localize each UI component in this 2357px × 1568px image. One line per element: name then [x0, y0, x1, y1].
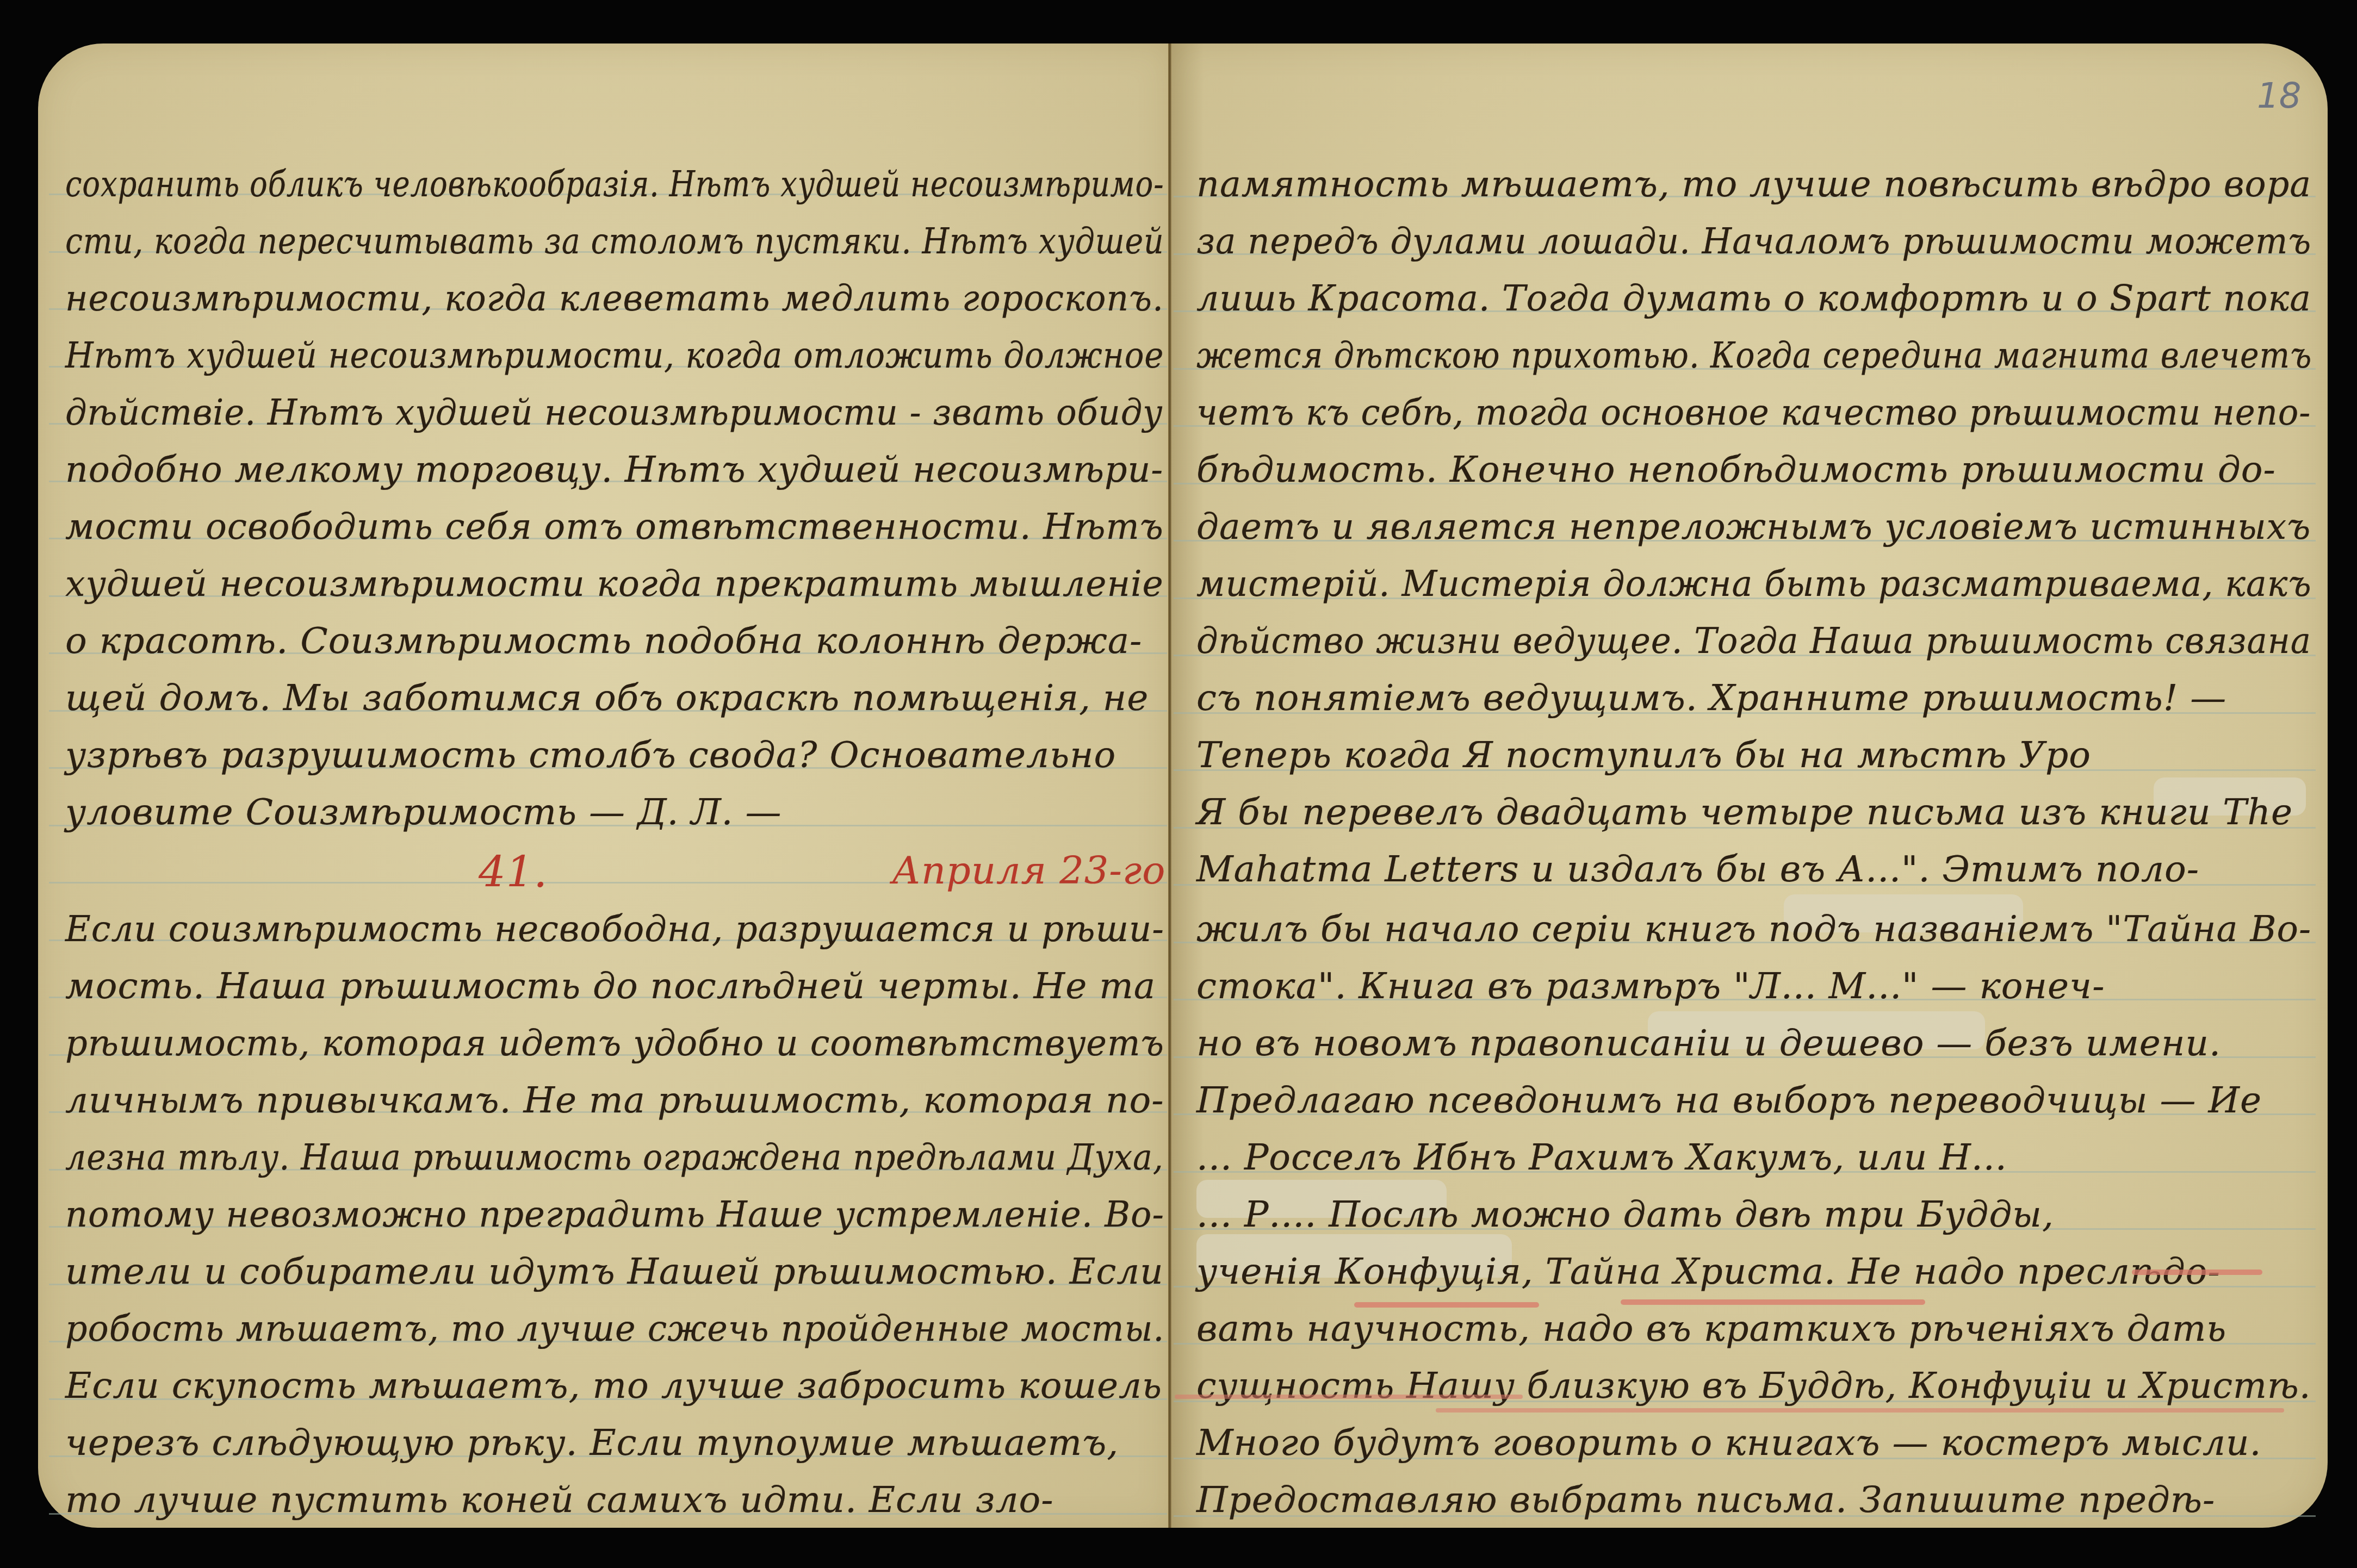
- red-underline: [1175, 1395, 1523, 1399]
- text-line: Mahatma Letters и издалъ бы въ А...". Эт…: [1196, 848, 2199, 890]
- text-line: потому невозможно преградить Наше устрем…: [65, 1193, 1164, 1235]
- entry-number-heading: 41.: [479, 848, 548, 897]
- text-line: вать научность, надо въ краткихъ рѣченія…: [1196, 1308, 2226, 1349]
- text-line: мистерій. Мистерія должна быть разсматри…: [1196, 563, 2312, 605]
- text-line: сохранить обликъ человѣкообразія. Нѣтъ х…: [65, 163, 1164, 205]
- text-line: Предоставляю выбрать письма. Запишите пр…: [1196, 1479, 2215, 1521]
- text-line: ученія Конфуція, Тайна Христа. Не надо п…: [1196, 1250, 2220, 1292]
- text-line: подобно мелкому торговцу. Нѣтъ худшей не…: [65, 449, 1163, 490]
- text-line: жется дѣтскою прихотью. Когда середина м…: [1196, 334, 2312, 376]
- text-line: сущность Нашу близкую въ Буддѣ, Конфуціи…: [1196, 1365, 2311, 1407]
- red-underline: [2132, 1270, 2262, 1275]
- text-line: личнымъ привычкамъ. Не та рѣшимость, кот…: [65, 1079, 1164, 1121]
- text-line: Я бы перевелъ двадцать четыре письма изъ…: [1196, 791, 2293, 833]
- text-line: даетъ и является непреложнымъ условіемъ …: [1196, 506, 2311, 547]
- text-line: узрѣвъ разрушимость столбъ свода? Основа…: [65, 734, 1116, 776]
- text-line: о красотѣ. Соизмѣримость подобна колоннѣ…: [65, 620, 1142, 662]
- text-line: жилъ бы начало серіи книгъ подъ названіе…: [1196, 908, 2311, 950]
- red-underline: [1621, 1299, 1925, 1305]
- text-line: лишь Красота. Тогда думать о комфортѣ и …: [1196, 277, 2311, 319]
- text-line: черезъ слѣдующую рѣку. Если тупоумие мѣш…: [65, 1422, 1119, 1464]
- text-line: сти, когда пересчитывать за столомъ пуст…: [65, 220, 1164, 262]
- entry-date-heading: Априля 23-го: [892, 848, 1165, 893]
- text-line: четъ къ себѣ, тогда основное качество рѣ…: [1196, 391, 2311, 433]
- text-line: Предлагаю псевдонимъ на выборъ переводчи…: [1196, 1079, 2262, 1121]
- text-line: Если скупость мѣшаетъ, то лучше забросит…: [65, 1365, 1162, 1407]
- text-line: уловите Соизмѣримость — Д. Л. —: [65, 791, 782, 833]
- text-line: Много будутъ говорить о книгахъ — костер…: [1196, 1422, 2262, 1464]
- text-line: ... Р.... Послѣ можно дать двѣ три Будды…: [1196, 1193, 2054, 1235]
- text-line: ... Росселъ Ибнъ Рахимъ Хакумъ, или Н...: [1196, 1136, 2007, 1178]
- text-line: худшей несоизмѣримости когда прекратить …: [65, 563, 1164, 605]
- text-line: но въ новомъ правописаніи и дешево — без…: [1196, 1022, 2221, 1064]
- text-line: дѣйство жизни ведущее. Тогда Наша рѣшимо…: [1196, 620, 2311, 662]
- text-line: рѣшимость, которая идетъ удобно и соотвѣ…: [65, 1022, 1164, 1064]
- page-number: 18: [2257, 76, 2301, 116]
- red-underline: [1436, 1408, 2284, 1413]
- left-page: [38, 43, 1170, 1528]
- text-line: памятность мѣшаетъ, то лучше повѣсить вѣ…: [1196, 163, 2311, 205]
- text-line: ители и собиратели идутъ Нашей рѣшимость…: [65, 1250, 1164, 1292]
- spine-shadow: [1171, 43, 1204, 1528]
- text-line: Если соизмѣримость несвободна, разрушает…: [65, 908, 1164, 950]
- text-line: Нѣтъ худшей несоизмѣримости, когда отлож…: [65, 334, 1164, 376]
- text-line: Теперь когда Я поступилъ бы на мѣстѣ Уро: [1196, 734, 2091, 776]
- text-line: лезна тѣлу. Наша рѣшимость ограждена пре…: [65, 1136, 1164, 1178]
- text-line: бѣдимость. Конечно непобѣдимость рѣшимос…: [1196, 449, 2276, 490]
- text-line: мость. Наша рѣшимость до послѣдней черты…: [65, 965, 1156, 1007]
- text-line: за передъ дулами лошади. Началомъ рѣшимо…: [1196, 220, 2311, 262]
- text-line: несоизмѣримости, когда клеветать медлить…: [65, 277, 1164, 319]
- text-line: то лучше пустить коней самихъ идти. Если…: [65, 1479, 1054, 1521]
- text-line: съ понятіемъ ведущимъ. Хранните рѣшимост…: [1196, 677, 2226, 719]
- text-line: стока". Книга въ размѣръ "Л... М..." — к…: [1196, 965, 2105, 1007]
- red-underline: [1354, 1302, 1539, 1308]
- text-line: щей домъ. Мы заботимся объ окраскѣ помѣщ…: [65, 677, 1149, 719]
- text-line: дѣйствіе. Нѣтъ худшей несоизмѣримости - …: [65, 391, 1163, 433]
- text-line: робость мѣшаетъ, то лучше сжечь пройденн…: [65, 1308, 1164, 1349]
- text-line: мости освободить себя отъ отвѣтственност…: [65, 506, 1164, 547]
